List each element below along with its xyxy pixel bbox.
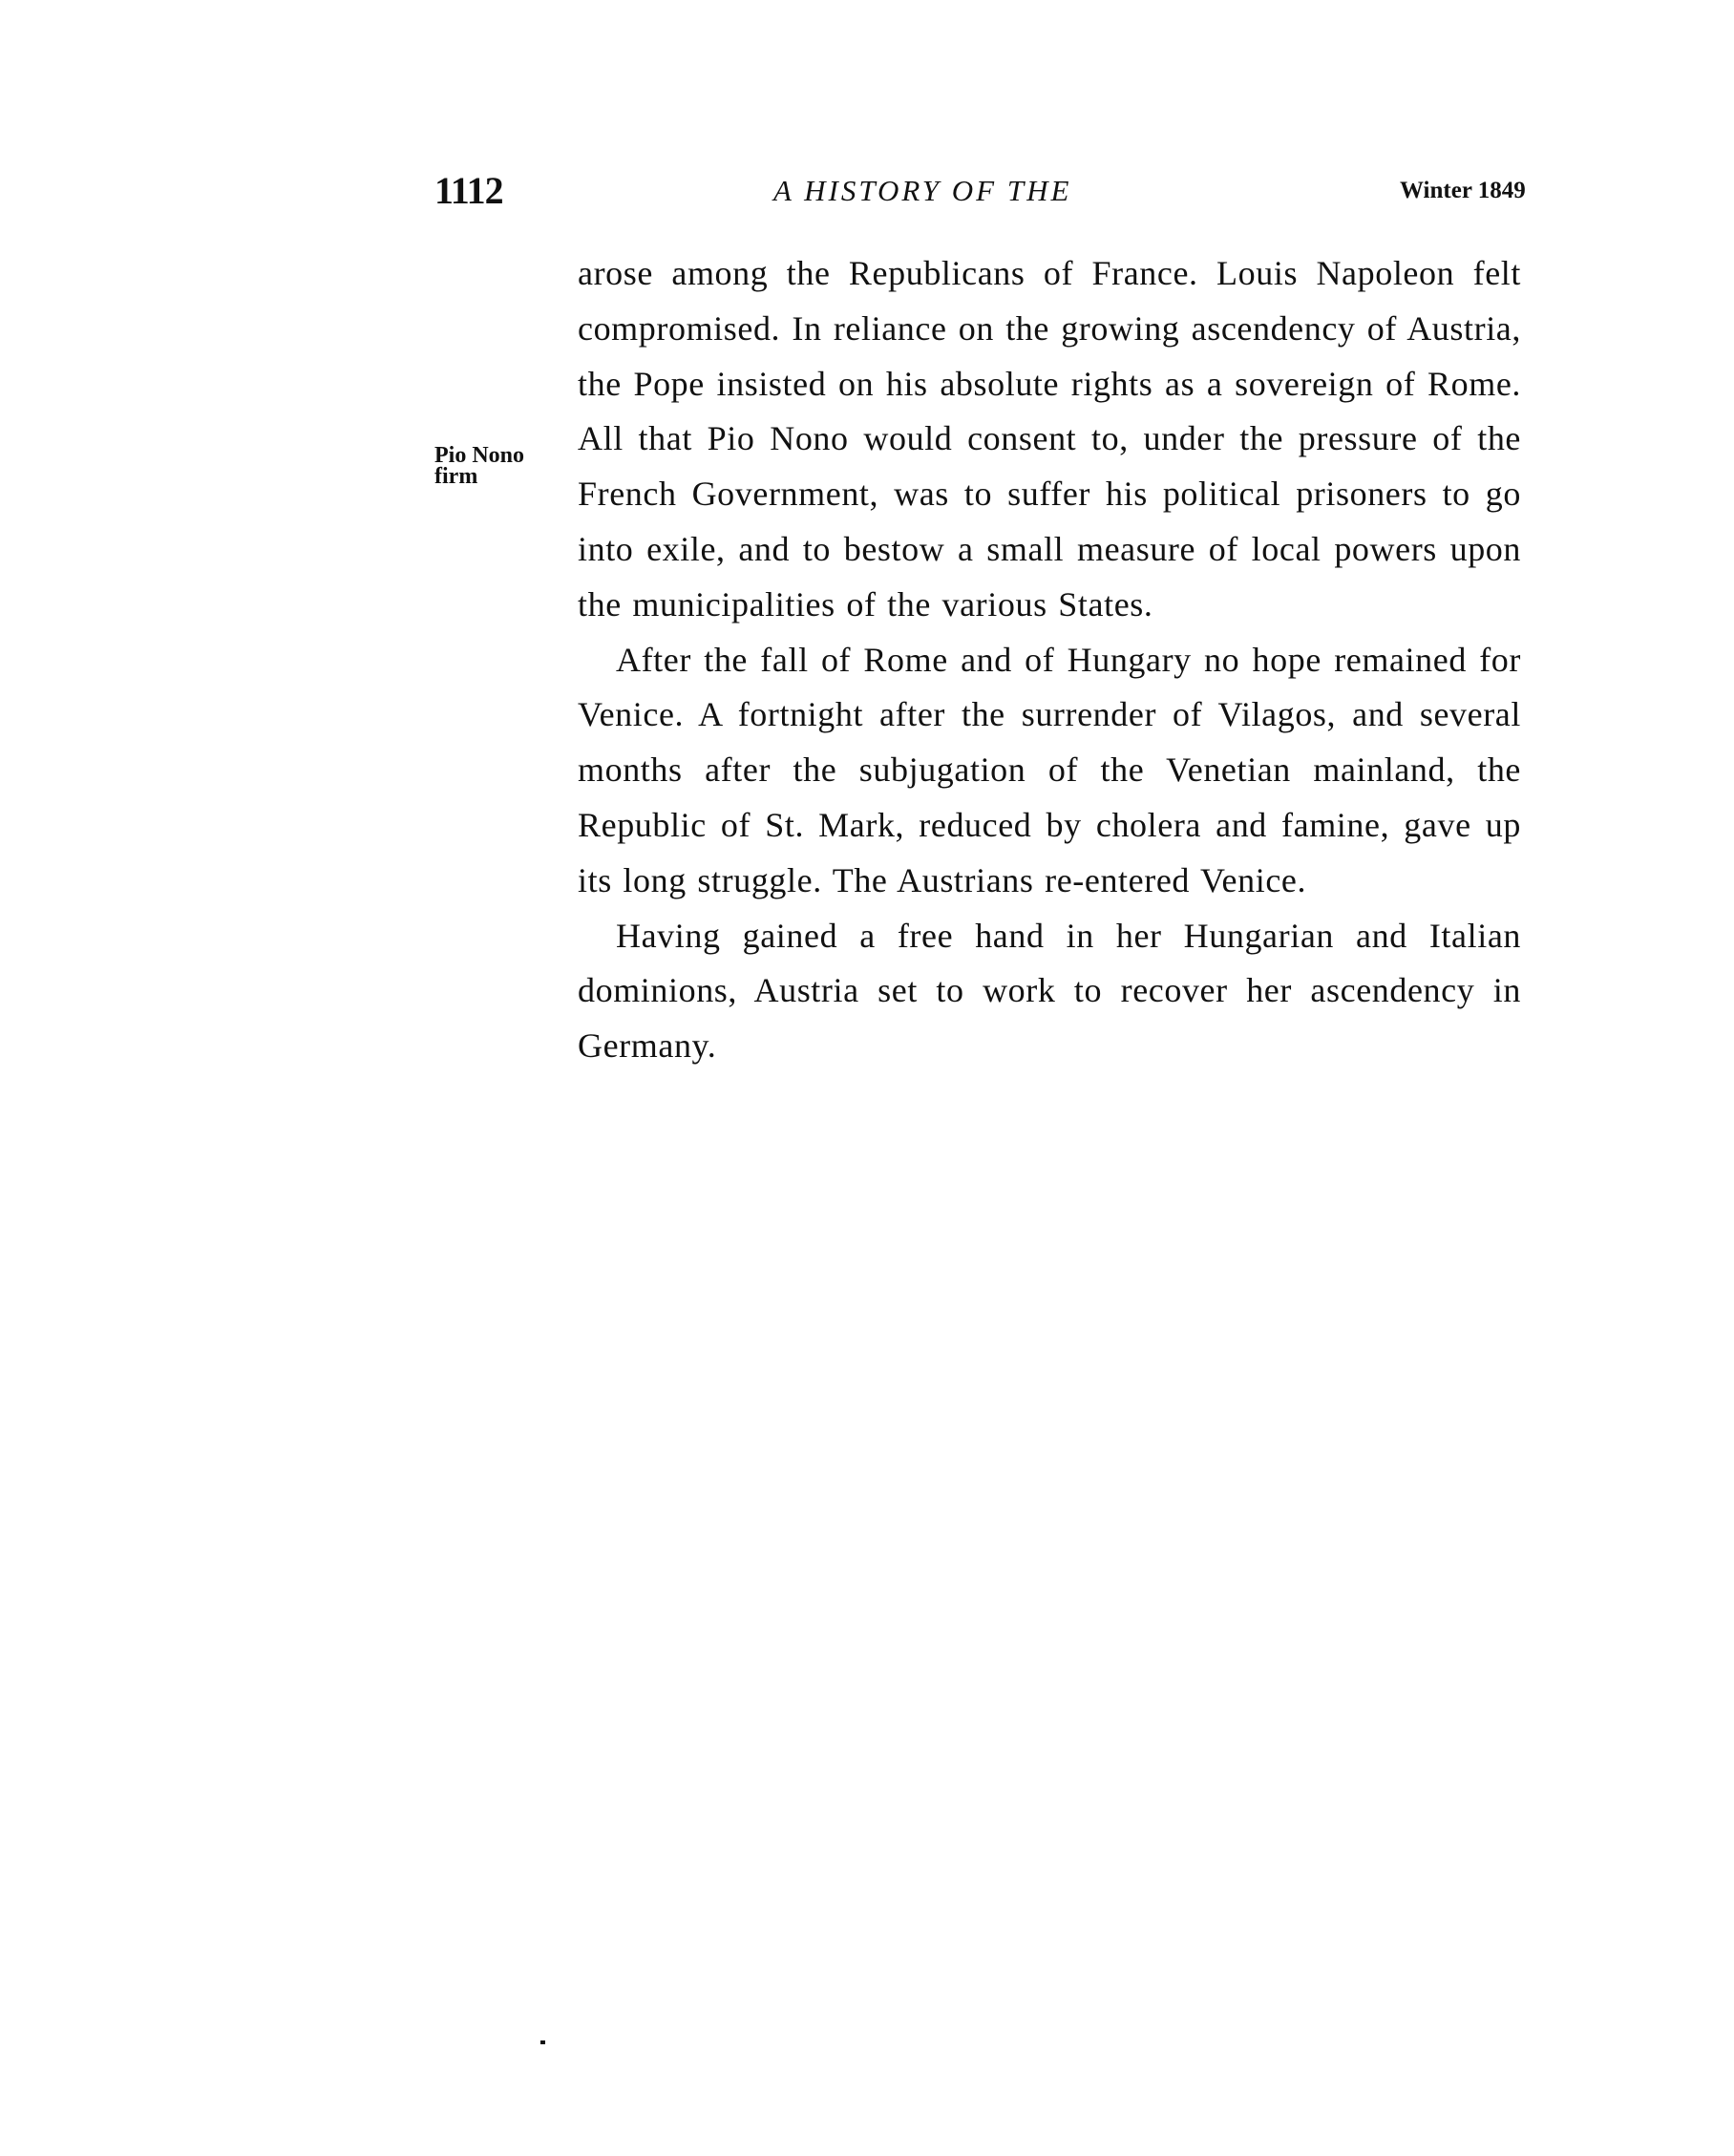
running-date: Winter 1849	[1400, 178, 1526, 204]
paragraph-2: After the fall of Rome and of Hungary no…	[578, 633, 1521, 909]
body-text: arose among the Republicans of France. L…	[578, 246, 1521, 1074]
margin-note: Pio Nono firm	[434, 445, 524, 487]
page-number: 1112	[434, 168, 503, 213]
margin-note-line-2: firm	[434, 466, 524, 487]
paragraph-1: arose among the Republicans of France. L…	[578, 246, 1521, 633]
margin-note-line-1: Pio Nono	[434, 445, 524, 466]
paragraph-3: Having gained a free hand in her Hungari…	[578, 909, 1521, 1074]
running-title: A HISTORY OF THE	[773, 174, 1071, 208]
stray-ink-mark	[540, 2040, 545, 2044]
